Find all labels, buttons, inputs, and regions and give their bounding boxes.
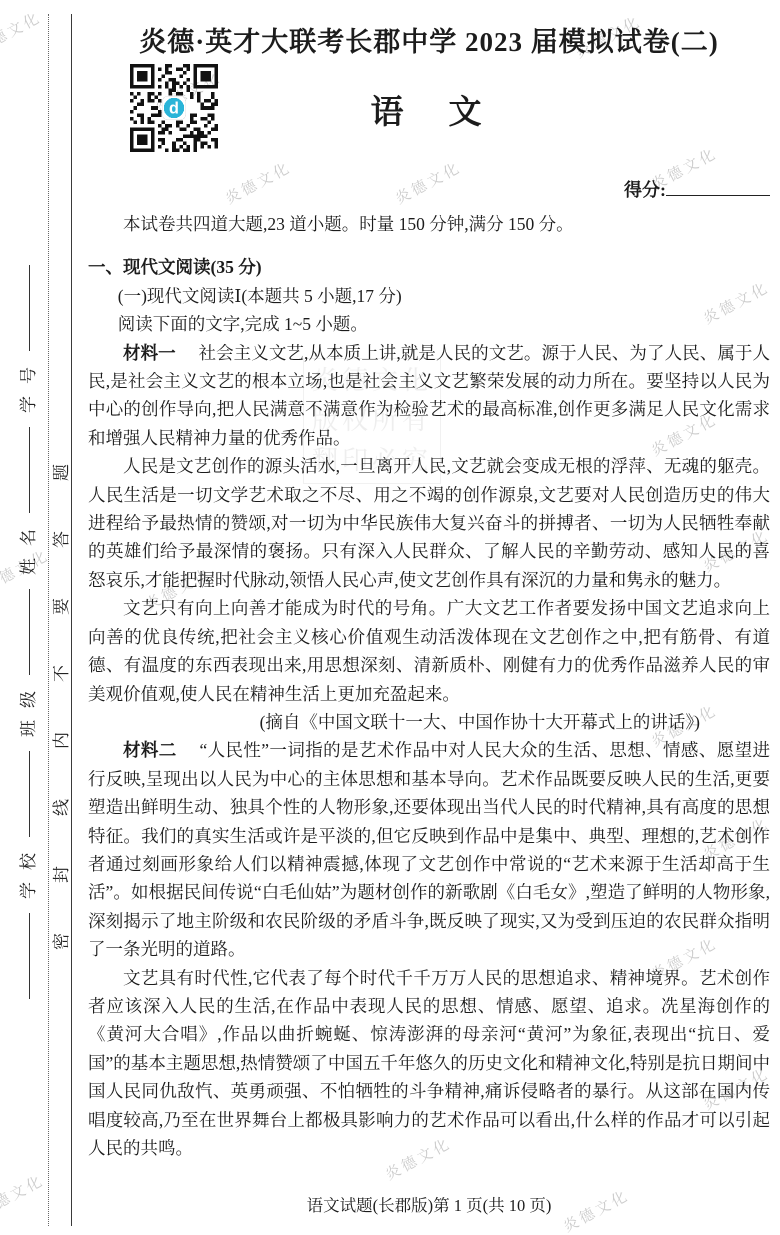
watermark: 炎德文化 xyxy=(0,1169,48,1221)
material2-paragraph: 文艺具有时代性,它代表了每个时代千千万万人民的思想追求、精神境界。艺术创作者应该… xyxy=(88,964,770,1163)
name-blank xyxy=(25,589,30,675)
material1-paragraph: 文艺只有向上向善才能成为时代的号角。广大文艺工作者要发扬中国文艺追求向上向善的优… xyxy=(88,594,770,708)
school-label: 学校 xyxy=(19,841,38,899)
material1-paragraph: 人民是文艺创作的源头活水,一旦离开人民,文艺就会变成无根的浮萍、无魂的躯壳。人民… xyxy=(88,452,770,594)
page-footer: 语文试题(长郡版)第 1 页(共 10 页) xyxy=(88,1192,770,1216)
exam-intro: 本试卷共四道大题,23 道小题。时量 150 分钟,满分 150 分。 xyxy=(88,210,770,238)
paper-title: 炎德·英才大联考长郡中学 2023 届模拟试卷(二) xyxy=(88,20,770,59)
material1-p1: 社会主义文艺,从本质上讲,就是人民的文艺。源于人民、为了人民、属于人民,是社会主… xyxy=(88,343,770,448)
class-blank xyxy=(25,751,30,837)
class-label: 班级 xyxy=(19,679,38,737)
school-blank xyxy=(25,913,30,999)
subject-title: 语 文 xyxy=(88,86,770,133)
watermark: 炎德文化 xyxy=(391,156,464,208)
score-blank xyxy=(666,179,770,196)
student-id-blank xyxy=(25,427,30,513)
material1-citation: (摘自《中国文联十一大、中国作协十大开幕式上的讲话》) xyxy=(88,708,770,736)
score-field: 得分: xyxy=(624,176,770,202)
section1-instruction: 阅读下面的文字,完成 1~5 小题。 xyxy=(88,310,770,338)
material2-p1: “人民性”一词指的是艺术作品中对人民大众的生活、思想、情感、愿望进行反映,呈现出… xyxy=(88,740,770,959)
student-id-label: 学号 xyxy=(19,355,38,413)
exam-text: 本试卷共四道大题,23 道小题。时量 150 分钟,满分 150 分。 一、现代… xyxy=(88,210,770,1162)
material1-paragraph: 材料一社会主义文艺,从本质上讲,就是人民的文艺。源于人民、为了人民、属于人民,是… xyxy=(88,339,770,453)
material2-paragraph: 材料二“人民性”一词指的是艺术作品中对人民大众的生活、思想、情感、愿望进行反映,… xyxy=(88,736,770,963)
watermark: 炎德文化 xyxy=(0,6,45,58)
trailing-blank xyxy=(25,265,30,351)
section1-subheading: (一)现代文阅读Ⅰ(本题共 5 小题,17 分) xyxy=(88,282,770,310)
material1-label: 材料一 xyxy=(123,343,176,363)
exam-page: 炎德文化 炎德文化 炎德文化 炎德文化 炎德文化 炎德文化 炎德文化 炎德文化 … xyxy=(0,0,780,1235)
watermark: 炎德文化 xyxy=(221,156,294,208)
material2-label: 材料二 xyxy=(123,740,177,760)
name-label: 姓名 xyxy=(19,517,38,575)
seal-text: 密封线内不要答题 xyxy=(47,382,73,982)
section1-heading: 一、现代文阅读(35 分) xyxy=(88,253,770,281)
student-info-fields: 学校班级姓名学号 xyxy=(14,214,40,1044)
score-label: 得分: xyxy=(624,180,666,200)
